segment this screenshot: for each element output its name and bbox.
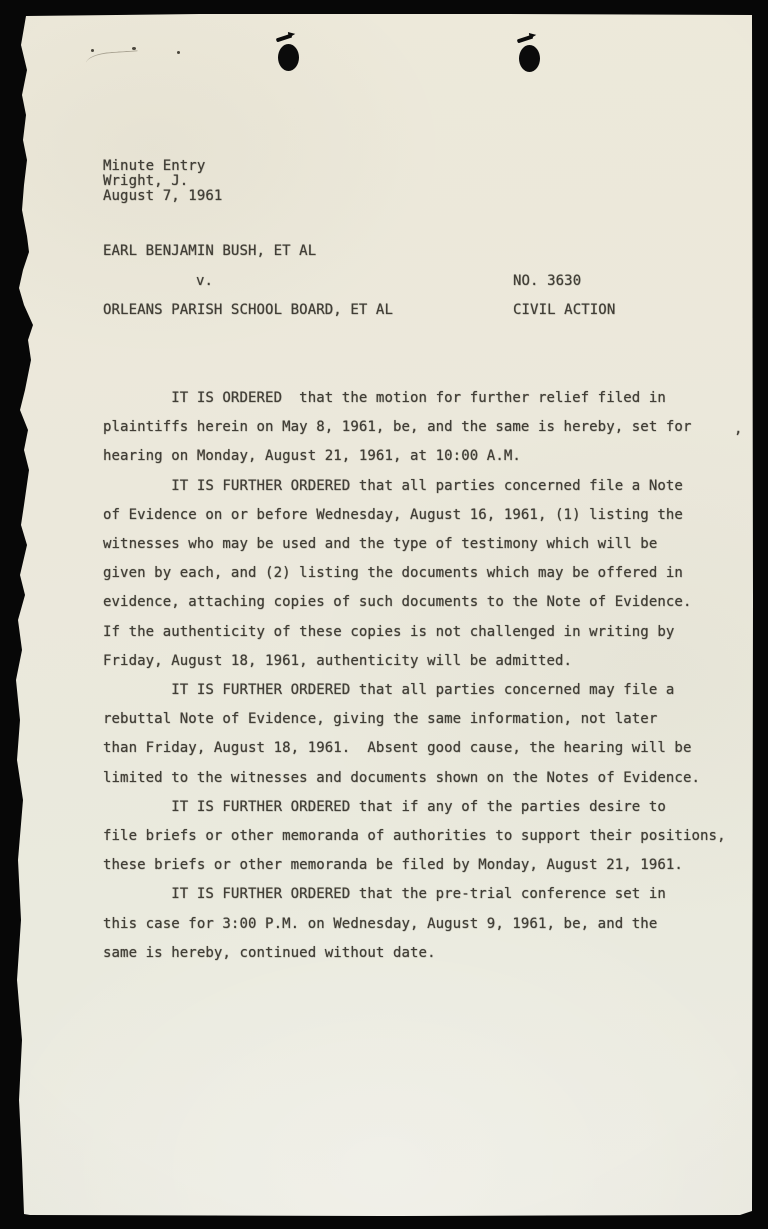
order-paragraph-3: IT IS FURTHER ORDERED that all parties c…: [103, 676, 726, 793]
case-number: NO. 3630: [513, 273, 581, 289]
hole-tear-right: [517, 35, 533, 44]
order-paragraph-2: IT IS FURTHER ORDERED that all parties c…: [103, 472, 726, 676]
stray-comma-mark: ,: [734, 421, 743, 437]
ink-speck: [177, 51, 180, 54]
order-paragraph-4: IT IS FURTHER ORDERED that if any of the…: [103, 793, 726, 881]
caption-row-versus: v. NO. 3630: [103, 273, 663, 303]
scan-background: Minute Entry Wright, J. August 7, 1961 E…: [0, 0, 768, 1229]
plaintiff-name: EARL BENJAMIN BUSH, ET AL: [103, 243, 316, 259]
minute-entry-header: Minute Entry Wright, J. August 7, 1961: [103, 159, 222, 204]
ink-speck: [91, 49, 94, 52]
versus-label: v.: [196, 273, 213, 289]
caption-row-defendant: ORLEANS PARISH SCHOOL BOARD, ET AL CIVIL…: [103, 302, 663, 332]
caption-row-plaintiff: EARL BENJAMIN BUSH, ET AL: [103, 243, 663, 273]
case-caption: EARL BENJAMIN BUSH, ET AL v. NO. 3630 OR…: [103, 243, 663, 332]
hole-punch-left: [278, 44, 299, 71]
hole-tear-left: [276, 34, 292, 43]
scratch-mark: [86, 50, 139, 63]
defendant-name: ORLEANS PARISH SCHOOL BOARD, ET AL: [103, 302, 393, 318]
paper-sheet: Minute Entry Wright, J. August 7, 1961 E…: [0, 0, 768, 1229]
hole-punch-right: [519, 45, 540, 72]
order-paragraph-5: IT IS FURTHER ORDERED that the pre-trial…: [103, 880, 726, 968]
action-type-label: CIVIL ACTION: [513, 302, 615, 318]
ink-speck: [132, 47, 136, 50]
order-paragraph-1: IT IS ORDERED that the motion for furthe…: [103, 384, 726, 472]
order-body: IT IS ORDERED that the motion for furthe…: [103, 384, 726, 968]
